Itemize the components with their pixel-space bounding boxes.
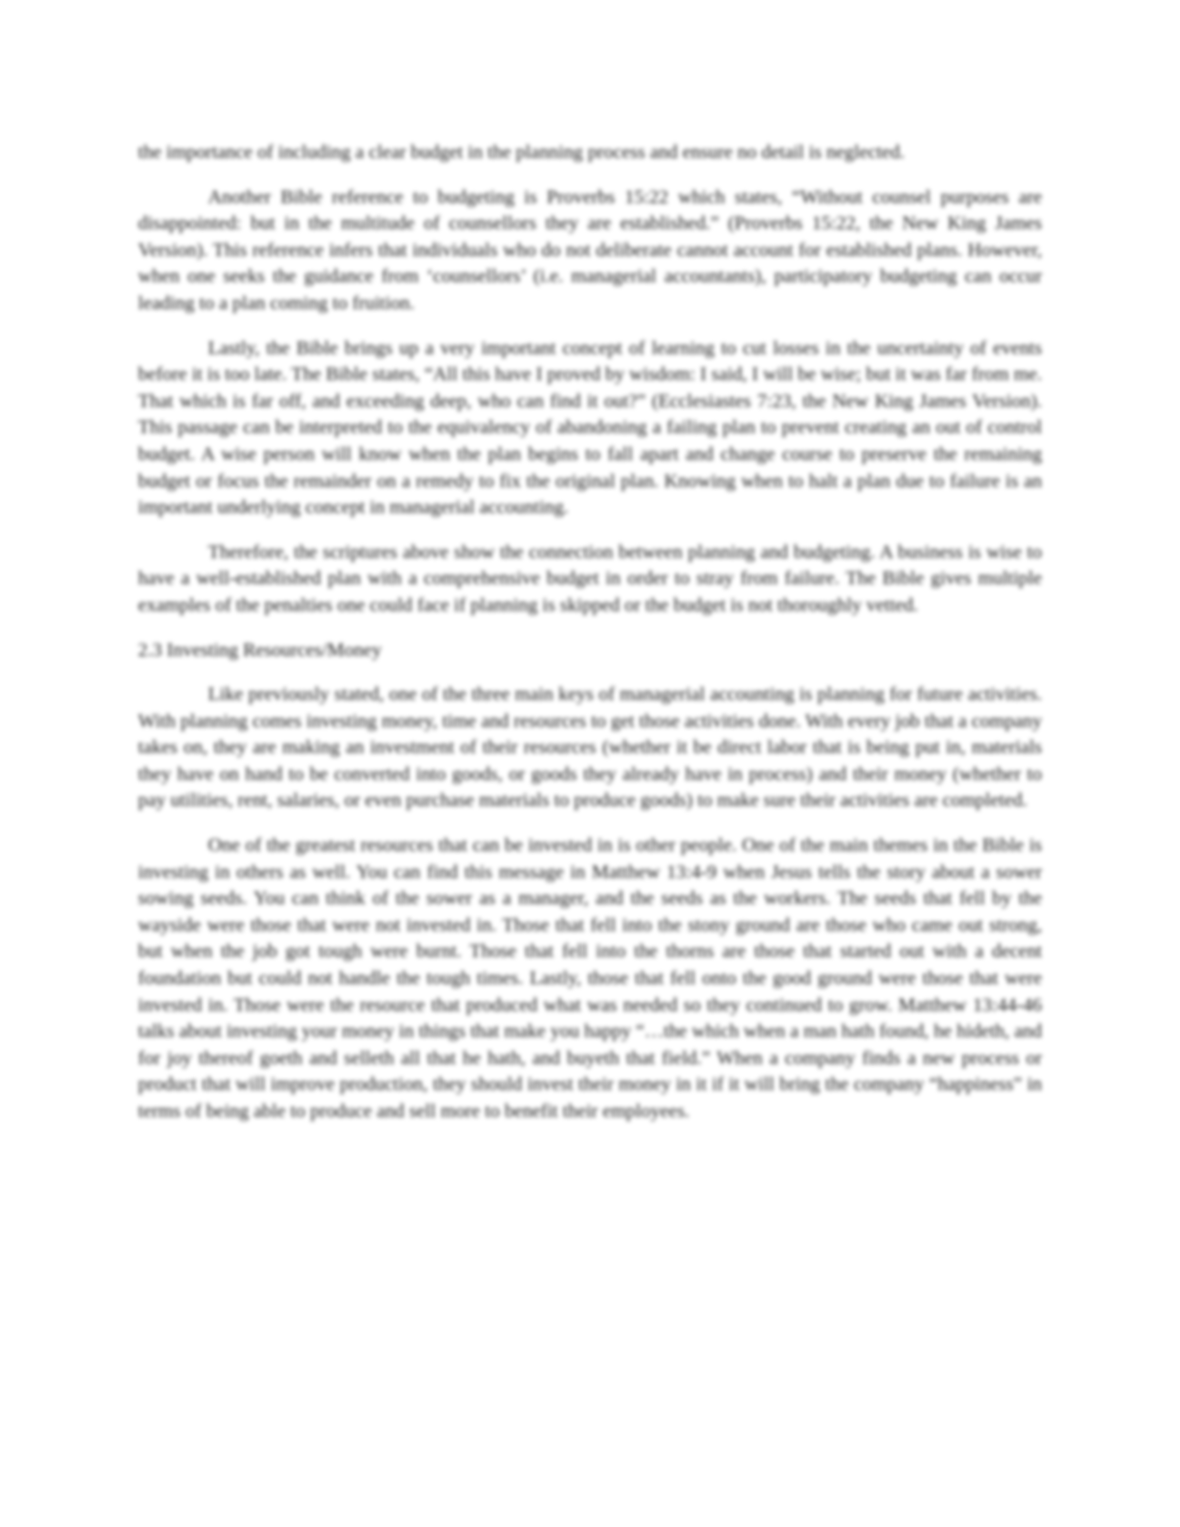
paragraph-conclusion: Therefore, the scriptures above show the…	[138, 540, 1042, 620]
paragraph-ecclesiastes: Lastly, the Bible brings up a very impor…	[138, 336, 1042, 522]
section-heading: 2.3 Investing Resources/Money	[138, 638, 1042, 665]
paragraph-continuation: the importance of including a clear budg…	[138, 140, 1042, 167]
paragraph-investing: Like previously stated, one of the three…	[138, 682, 1042, 815]
document-page: the importance of including a clear budg…	[0, 0, 1180, 1527]
paragraph-sower: One of the greatest resources that can b…	[138, 833, 1042, 1126]
paragraph-proverbs: Another Bible reference to budgeting is …	[138, 185, 1042, 318]
document-body: the importance of including a clear budg…	[138, 140, 1042, 1144]
